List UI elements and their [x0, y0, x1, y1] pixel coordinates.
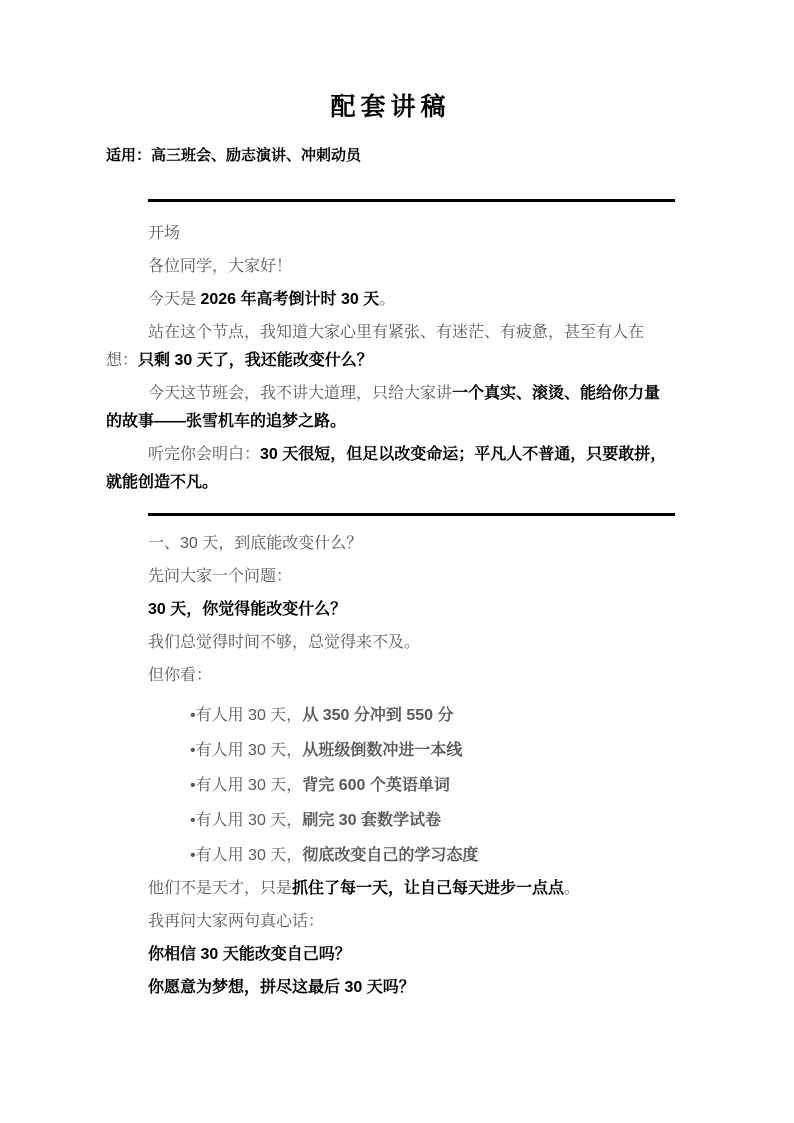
bold-run: 彻底改变自己的学习态度 [302, 847, 478, 864]
paragraph-node: 站在这个节点，我知道大家心里有紧张、有迷茫、有疲惫，甚至有人在想：只剩 30 天… [106, 319, 675, 375]
bold-run: 刷完 30 套数学试卷 [302, 812, 441, 829]
paragraph-two-questions: 我再问大家两句真心话： [106, 908, 675, 936]
section-one-heading: 一、30 天，到底能改变什么？ [106, 530, 675, 558]
document-subtitle: 适用：高三班会、励志演讲、冲刺动员 [106, 144, 675, 168]
text-run: 有人用 30 天， [196, 812, 303, 829]
text-run: 有人用 30 天， [196, 847, 303, 864]
bold-run: 从 350 分冲到 550 分 [302, 707, 453, 724]
divider-section [148, 513, 675, 516]
example-list: •有人用 30 天，从 350 分冲到 550 分 •有人用 30 天，从班级倒… [106, 702, 675, 870]
list-item: •有人用 30 天，彻底改变自己的学习态度 [106, 842, 675, 870]
bold-run: 背完 600 个英语单词 [302, 777, 450, 794]
text-run: 今天这节班会，我不讲大道理，只给大家讲 [148, 385, 452, 402]
bold-run: 2026 年高考倒计时 30 天 [200, 291, 379, 308]
paragraph-greeting: 各位同学，大家好！ [106, 253, 675, 281]
paragraph-feel: 我们总觉得时间不够，总觉得来不及。 [106, 629, 675, 657]
paragraph-understand: 听完你会明白：30 天很短，但足以改变命运；平凡人不普通，只要敢拼，就能创造不凡… [106, 441, 675, 497]
text-run: 有人用 30 天， [196, 777, 303, 794]
list-item: •有人用 30 天，刷完 30 套数学试卷 [106, 807, 675, 835]
list-item: •有人用 30 天，从 350 分冲到 550 分 [106, 702, 675, 730]
text-run: 他们不是天才，只是 [148, 880, 292, 897]
bold-run: 30 天，你觉得能改变什么？ [148, 601, 346, 618]
text-run: 有人用 30 天， [196, 742, 303, 759]
bold-run: 你相信 30 天能改变自己吗？ [148, 946, 351, 963]
list-item: •有人用 30 天，背完 600 个英语单词 [106, 772, 675, 800]
bold-run: 从班级倒数冲进一本线 [302, 742, 462, 759]
bold-run: 抓住了每一天，让自己每天进步一点点 [292, 880, 564, 897]
paragraph-ask-question: 30 天，你觉得能改变什么？ [106, 596, 675, 624]
paragraph-believe: 你相信 30 天能改变自己吗？ [106, 941, 675, 969]
document-title: 配套讲稿 [106, 0, 675, 122]
paragraph-opening-heading: 开场 [106, 220, 675, 248]
paragraph-not-genius: 他们不是天才，只是抓住了每一天，让自己每天进步一点点。 [106, 875, 675, 903]
divider-top [148, 199, 675, 202]
text-run: 今天是 [148, 291, 200, 308]
document-content: 配套讲稿 适用：高三班会、励志演讲、冲刺动员 开场 各位同学，大家好！ 今天是 … [0, 0, 794, 1002]
list-item: •有人用 30 天，从班级倒数冲进一本线 [106, 737, 675, 765]
paragraph-class-meeting: 今天这节班会，我不讲大道理，只给大家讲一个真实、滚烫、能给你力量的故事——张雪机… [106, 380, 675, 436]
text-run: 听完你会明白： [148, 446, 260, 463]
bold-run: 只剩 30 天了，我还能改变什么？ [138, 352, 373, 369]
bold-run: 你愿意为梦想，拼尽这最后 30 天吗？ [148, 979, 415, 996]
paragraph-look: 但你看： [106, 662, 675, 690]
text-run: 。 [379, 291, 395, 308]
text-run: 有人用 30 天， [196, 707, 303, 724]
paragraph-ask-intro: 先问大家一个问题： [106, 563, 675, 591]
text-run: 。 [564, 880, 580, 897]
paragraph-countdown: 今天是 2026 年高考倒计时 30 天。 [106, 286, 675, 314]
document-page: 配套讲稿 适用：高三班会、励志演讲、冲刺动员 开场 各位同学，大家好！ 今天是 … [0, 0, 794, 1123]
paragraph-willing: 你愿意为梦想，拼尽这最后 30 天吗？ [106, 974, 675, 1002]
